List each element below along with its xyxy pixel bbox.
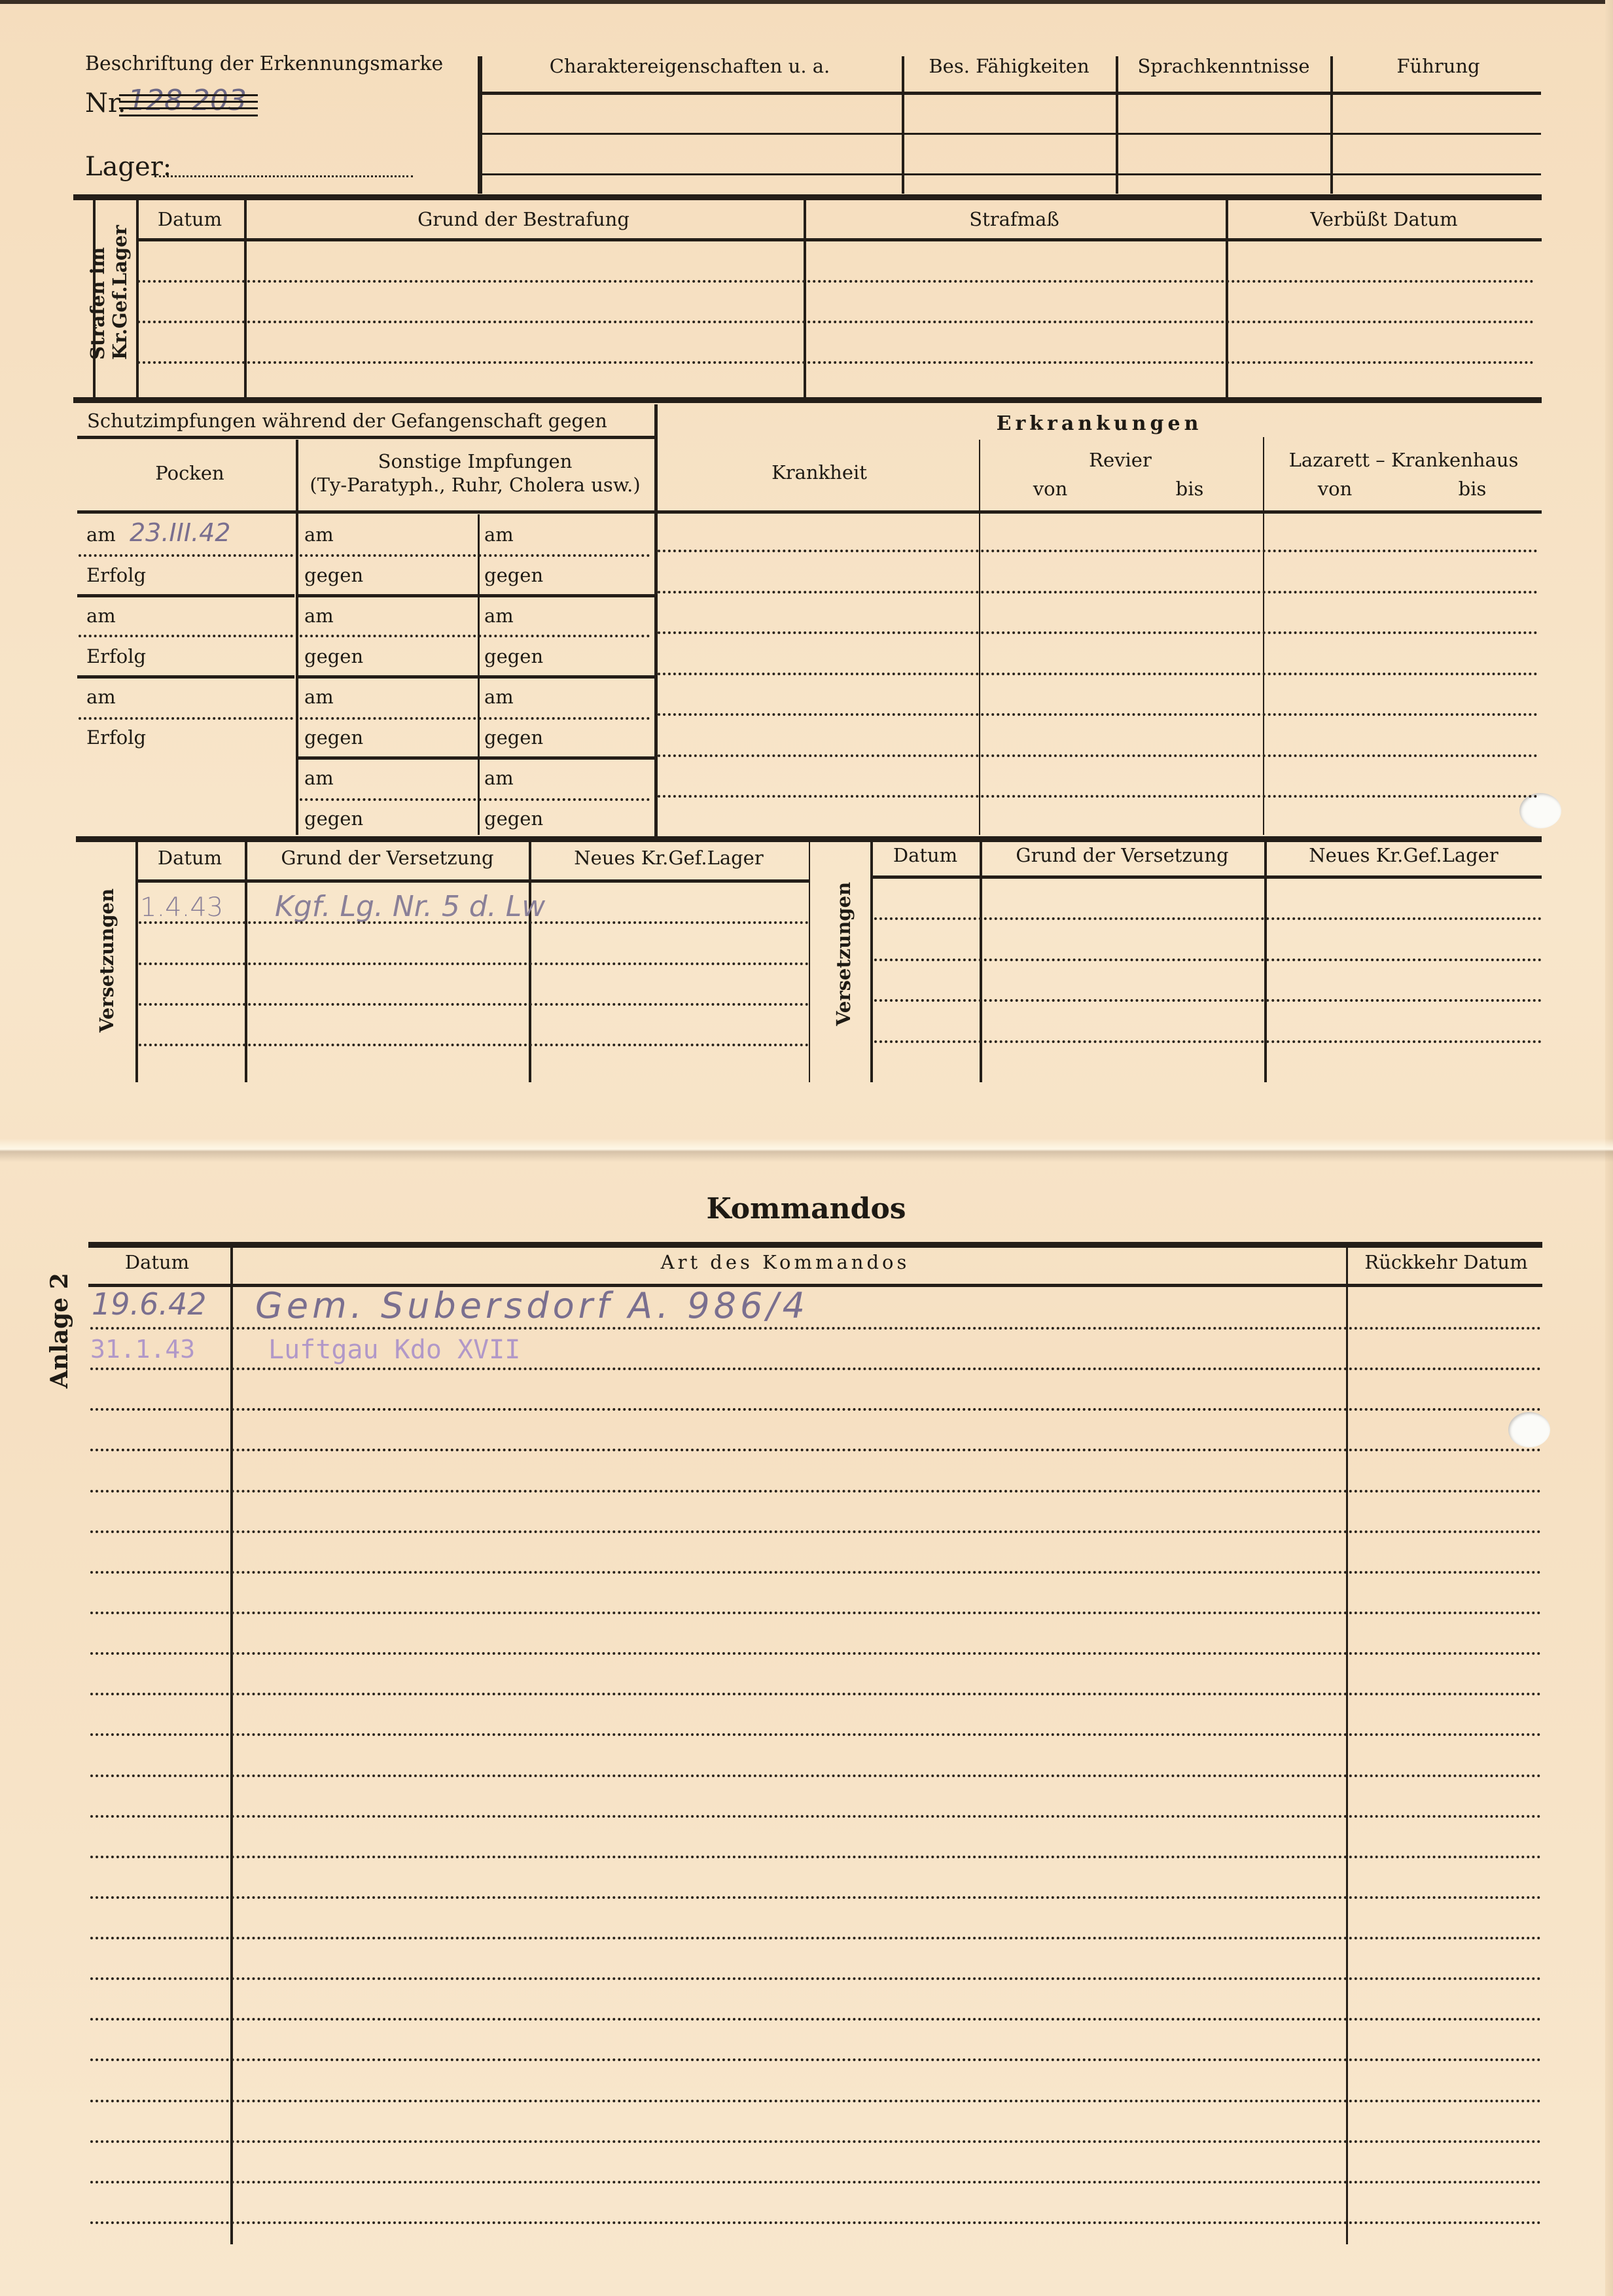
sonstige-am-label: am xyxy=(484,767,514,789)
versetzungen-left-row[interactable] xyxy=(139,963,809,965)
pocken-am-field[interactable] xyxy=(79,717,293,720)
sonstige-gegen-label: gegen xyxy=(484,807,543,830)
kommandos-row[interactable] xyxy=(90,1327,1542,1330)
sonstige-am-label: am xyxy=(304,605,334,627)
strafen-col-strafmass: Strafmaß xyxy=(969,208,1059,230)
sonstige-am-label: am xyxy=(484,523,514,546)
strikethrough-line xyxy=(119,101,258,103)
versetzungen-left-col-grund: Grund der Versetzung xyxy=(281,847,493,869)
anlage-label: Anlage 2 xyxy=(46,1273,73,1388)
rule xyxy=(77,594,294,597)
rule xyxy=(77,436,654,439)
pocken-header: Pocken xyxy=(155,462,224,484)
kommando-art: Gem. Subersdorf A. 986/4 xyxy=(255,1285,809,1326)
strafen-row[interactable] xyxy=(137,361,1534,364)
sonstige-am-field[interactable] xyxy=(300,798,650,801)
strafen-col-grund: Grund der Bestrafung xyxy=(417,208,629,230)
sonstige-gegen-label: gegen xyxy=(304,807,363,830)
kommandos-row[interactable] xyxy=(90,1571,1542,1574)
strafen-row[interactable] xyxy=(137,280,1534,283)
col-sprachkenntnisse: Sprachkenntnisse xyxy=(1137,55,1309,77)
strafen-col-datum: Datum xyxy=(158,208,222,230)
rule xyxy=(136,238,1542,241)
pocken-am-field[interactable] xyxy=(79,635,293,637)
erkennungsmarke-heading: Beschriftung der Erkennungsmarke xyxy=(85,52,443,75)
sonstige-gegen-label: gegen xyxy=(304,645,363,667)
sonstige-am-label: am xyxy=(484,605,514,627)
field-line[interactable] xyxy=(481,133,1541,135)
divider xyxy=(654,404,658,836)
divider xyxy=(136,200,139,402)
kommandos-row[interactable] xyxy=(90,1490,1542,1492)
erkrankungen-row[interactable] xyxy=(658,795,1538,798)
section-rule xyxy=(73,194,1542,200)
kommandos-row[interactable] xyxy=(90,1896,1542,1899)
versetzungen-side-label-right: Versetzungen xyxy=(832,882,855,1026)
kommandos-row[interactable] xyxy=(90,2181,1542,2183)
col-fuehrung: Führung xyxy=(1396,55,1480,77)
divider xyxy=(1263,437,1264,835)
pocken-erfolg-label: Erfolg xyxy=(86,645,146,667)
versetzungen-left-col-datum: Datum xyxy=(158,847,222,869)
versetzungen-side-label: Versetzungen xyxy=(96,889,118,1033)
sonstige-gegen-label: gegen xyxy=(484,645,543,667)
lager-input-line[interactable] xyxy=(154,175,413,177)
versetzung-grund: Kgf. Lg. Nr. 5 d. Lw xyxy=(275,890,545,923)
kommandos-row[interactable] xyxy=(90,1977,1542,1980)
fold-crease xyxy=(0,1139,1613,1162)
divider xyxy=(478,514,480,835)
kommandos-row[interactable] xyxy=(90,2140,1542,2143)
rule xyxy=(298,594,654,597)
versetzungen-right-row[interactable] xyxy=(874,999,1542,1002)
kommandos-row[interactable] xyxy=(90,1733,1542,1736)
versetzungen-right-col-grund: Grund der Versetzung xyxy=(1016,844,1228,866)
kommandos-row[interactable] xyxy=(90,1449,1542,1451)
sonstige-gegen-label: gegen xyxy=(484,564,543,586)
section-rule xyxy=(73,397,1542,403)
erkrankungen-row[interactable] xyxy=(658,591,1538,593)
erkrankungen-row[interactable] xyxy=(658,673,1538,675)
pocken-am-value: 23.III.42 xyxy=(130,518,231,547)
sonstige-am-field[interactable] xyxy=(300,717,650,720)
strafen-side-label-line1: Strafen im xyxy=(86,225,109,360)
pocken-am-label: am xyxy=(86,523,116,546)
versetzungen-left-row[interactable] xyxy=(139,1044,809,1046)
erkrankungen-col-lazarett: Lazarett – Krankenhaus xyxy=(1289,449,1519,471)
versetzung-datum: 1.4.43 xyxy=(140,892,223,923)
sonstige-am-field[interactable] xyxy=(300,635,650,637)
pocken-am-label: am xyxy=(86,686,116,708)
lazarett-von: von xyxy=(1318,478,1353,500)
kommandos-row[interactable] xyxy=(90,1368,1542,1370)
rule xyxy=(873,875,1542,879)
divider xyxy=(1346,1247,1348,2244)
kommandos-row[interactable] xyxy=(90,1775,1542,1777)
strikethrough-line xyxy=(119,107,258,109)
rule xyxy=(481,92,1541,95)
sonstige-am-label: am xyxy=(304,523,334,546)
sonstige-am-label: am xyxy=(484,686,514,708)
lazarett-bis: bis xyxy=(1459,478,1487,500)
impfungen-heading: Schutzimpfungen während der Gefangenscha… xyxy=(87,410,607,432)
sonstige-gegen-label: gegen xyxy=(484,726,543,749)
erkrankungen-row[interactable] xyxy=(658,754,1538,757)
kommandos-row[interactable] xyxy=(90,2018,1542,2021)
versetzungen-right-row[interactable] xyxy=(874,1040,1542,1043)
kommandos-row[interactable] xyxy=(90,1815,1542,1818)
kommando-art-stamp: Luftgau Kdo XVII xyxy=(268,1335,520,1365)
sonstige-am-label: am xyxy=(304,686,334,708)
kommandos-row[interactable] xyxy=(90,1530,1542,1533)
versetzungen-right-row[interactable] xyxy=(874,959,1542,961)
strafen-col-verbuesst: Verbüßt Datum xyxy=(1310,208,1457,230)
kommandos-col-art: Art des Kommandos xyxy=(661,1251,910,1273)
col-faehigkeiten: Bes. Fähigkeiten xyxy=(929,55,1089,77)
rule xyxy=(77,675,294,679)
erkrankungen-col-krankheit: Krankheit xyxy=(771,461,867,484)
divider xyxy=(979,440,980,835)
kommandos-title: Kommandos xyxy=(706,1192,906,1226)
sonstige-gegen-label: gegen xyxy=(304,564,363,586)
sonstige-am-label: am xyxy=(304,767,334,789)
rule xyxy=(298,756,654,760)
sonstige-header-1: Sonstige Impfungen xyxy=(378,450,573,472)
kommando-datum: 19.6.42 xyxy=(92,1286,207,1322)
versetzungen-right-row[interactable] xyxy=(874,917,1542,920)
pocken-erfolg-label: Erfolg xyxy=(86,726,146,749)
erkrankungen-col-revier: Revier xyxy=(1089,449,1152,471)
sonstige-am-field[interactable] xyxy=(300,554,650,557)
sonstige-header-2: (Ty-Paratyph., Ruhr, Cholera usw.) xyxy=(310,474,640,496)
rule xyxy=(137,879,810,883)
revier-von: von xyxy=(1033,478,1068,500)
kommandos-row[interactable] xyxy=(90,1693,1542,1695)
strikethrough-line xyxy=(119,115,258,116)
rule xyxy=(298,675,654,679)
kommandos-row[interactable] xyxy=(90,2221,1542,2224)
erkrankungen-row[interactable] xyxy=(658,550,1538,552)
versetzungen-left-row[interactable] xyxy=(139,1003,809,1006)
divider xyxy=(809,841,810,1082)
lager-label: Lager: xyxy=(85,152,171,182)
rule xyxy=(77,510,1542,514)
versetzungen-right-col-lager: Neues Kr.Gef.Lager xyxy=(1309,844,1498,866)
strafen-row[interactable] xyxy=(137,321,1534,323)
sonstige-gegen-label: gegen xyxy=(304,726,363,749)
erkrankungen-row[interactable] xyxy=(658,713,1538,716)
divider xyxy=(135,841,138,1082)
kommandos-row[interactable] xyxy=(90,2058,1542,2061)
versetzungen-left-row[interactable] xyxy=(139,921,809,924)
kommandos-row[interactable] xyxy=(90,1612,1542,1614)
divider xyxy=(244,200,247,402)
kommandos-row[interactable] xyxy=(90,2100,1542,2102)
erkrankungen-row[interactable] xyxy=(658,631,1538,634)
kommandos-row[interactable] xyxy=(90,1408,1542,1411)
punch-hole xyxy=(1508,1412,1550,1447)
strafen-side-label-line2: Kr.Gef.Lager xyxy=(109,225,131,360)
divider xyxy=(230,1247,233,2244)
kommando-datum-stamp: 31.1.43 xyxy=(90,1335,195,1364)
divider xyxy=(296,440,298,835)
divider xyxy=(93,200,96,402)
strikethrough-line xyxy=(119,94,258,96)
field-line[interactable] xyxy=(481,173,1541,175)
divider xyxy=(804,200,806,402)
card-top-edge xyxy=(0,0,1613,4)
pocken-am-label: am xyxy=(86,605,116,627)
pocken-erfolg-label: Erfolg xyxy=(86,564,146,586)
kommandos-row[interactable] xyxy=(90,1856,1542,1858)
versetzungen-right-col-datum: Datum xyxy=(893,844,957,866)
section-rule xyxy=(88,1242,1542,1248)
pocken-am-field[interactable] xyxy=(79,554,293,557)
revier-bis: bis xyxy=(1176,478,1204,500)
erkrankungen-heading: Erkrankungen xyxy=(997,412,1203,435)
versetzungen-left-col-lager: Neues Kr.Gef.Lager xyxy=(574,847,763,869)
punch-hole xyxy=(1519,793,1561,828)
kommandos-col-rueckkehr: Rückkehr Datum xyxy=(1364,1251,1527,1273)
kommandos-col-datum: Datum xyxy=(125,1251,189,1273)
kommandos-row[interactable] xyxy=(90,1937,1542,1939)
col-charakter: Charaktereigenschaften u. a. xyxy=(550,55,830,77)
kommandos-row[interactable] xyxy=(90,1652,1542,1655)
divider xyxy=(1226,200,1228,402)
